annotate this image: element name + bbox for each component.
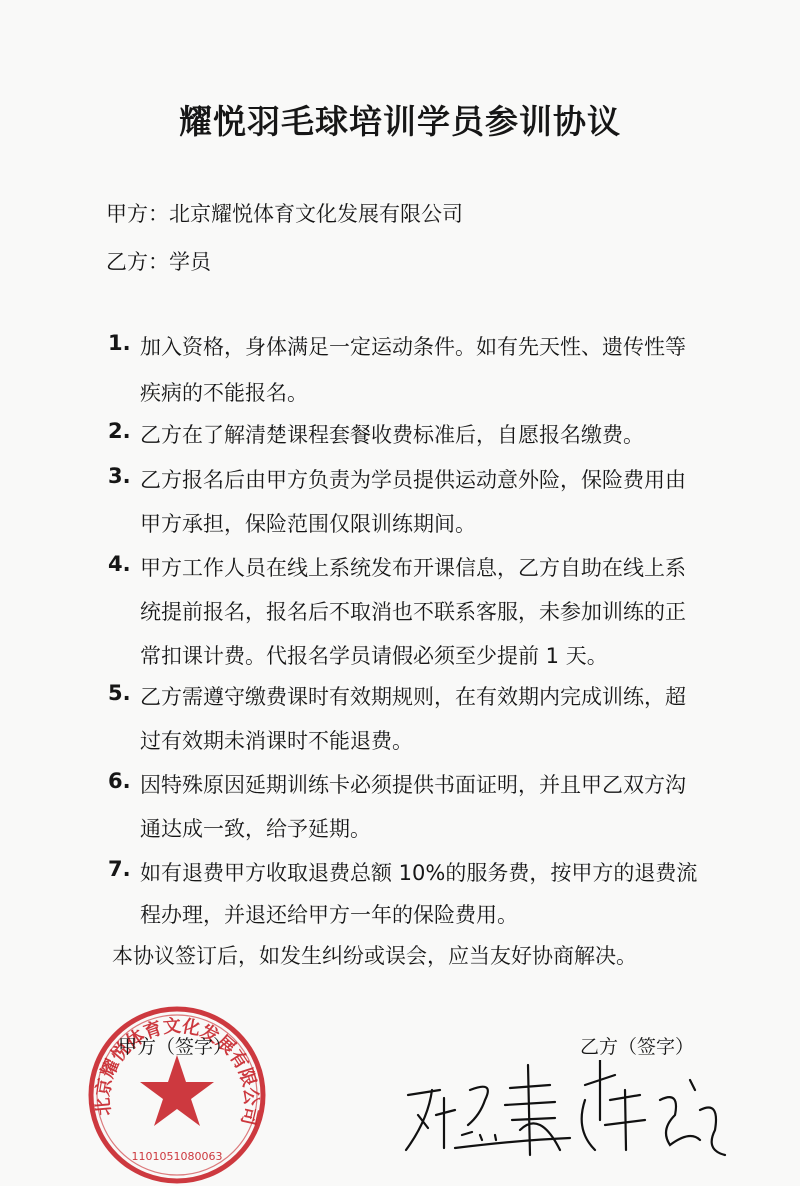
svg-text:1101051080063: 1101051080063: [132, 1150, 223, 1163]
company-seal-icon: 北京耀悦体育文化发展有限公司 1101051080063: [82, 1000, 272, 1186]
closing-statement: 本协议签订后，如发生纠纷或误会，应当友好协商解决。: [112, 940, 637, 970]
party-a: 甲方：北京耀悦体育文化发展有限公司: [106, 198, 463, 228]
document-title: 耀悦羽毛球培训学员参训协议: [0, 96, 800, 143]
party-b: 乙方：学员: [106, 246, 211, 276]
party-a-signature-label: 甲方（签字）: [118, 1032, 232, 1059]
handwritten-signature: [400, 1060, 730, 1160]
party-b-signature-label: 乙方（签字）: [580, 1032, 694, 1059]
